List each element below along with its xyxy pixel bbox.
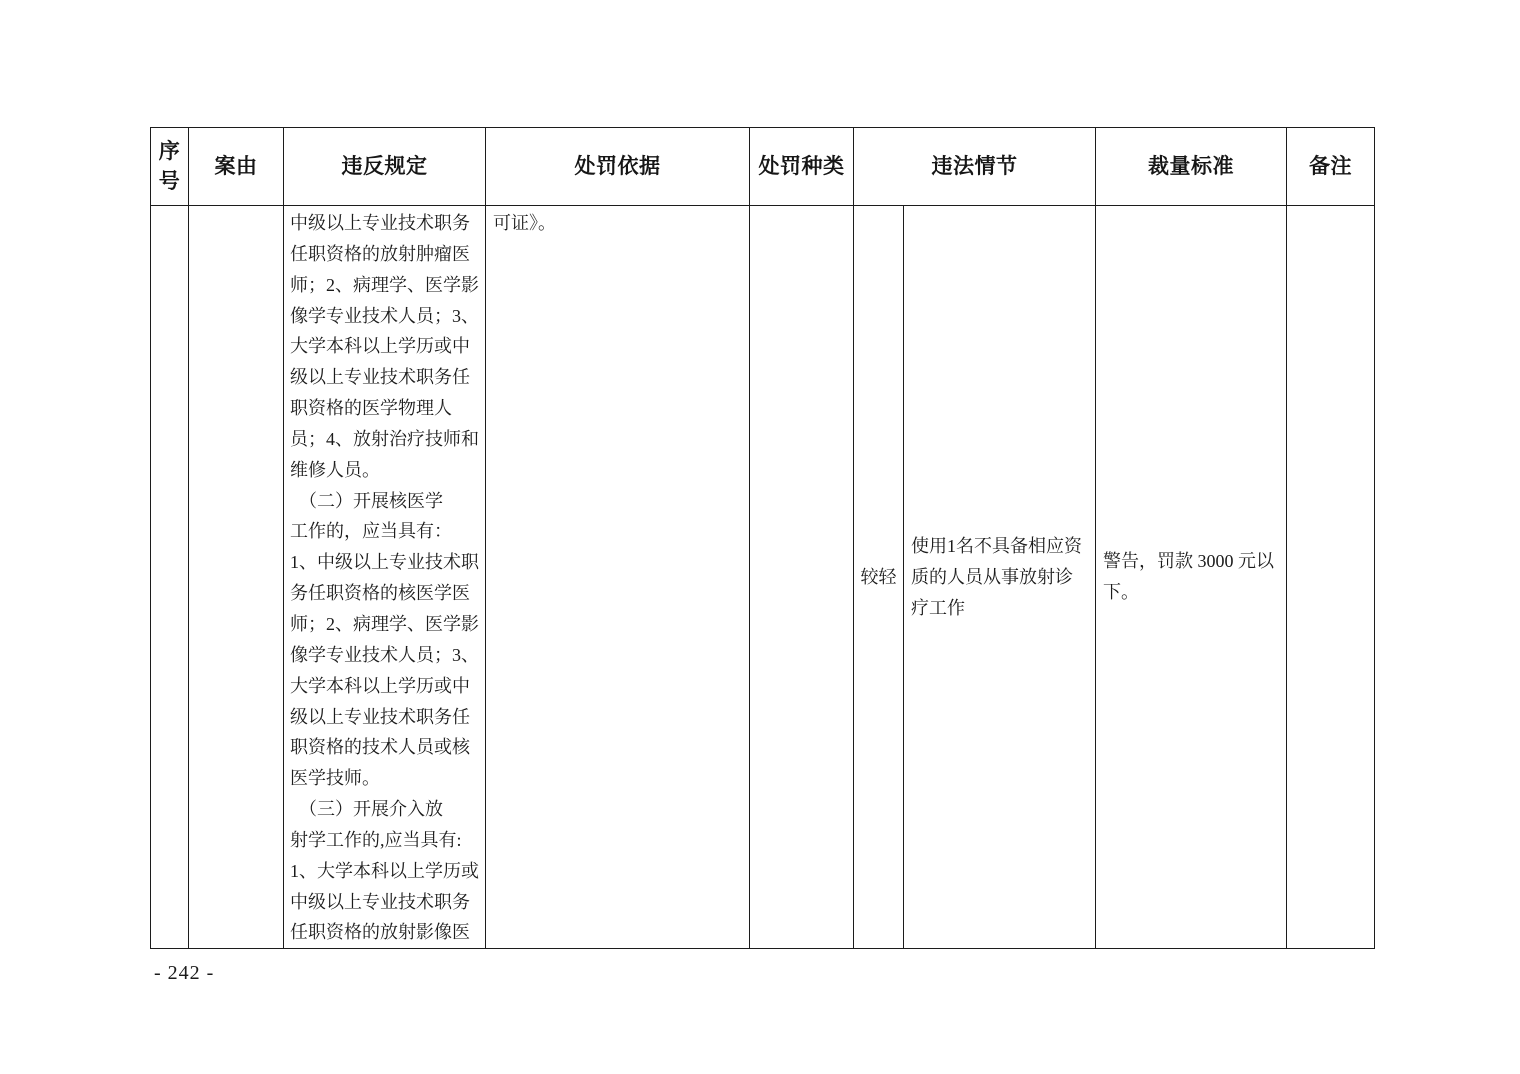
cell-discretion-standard: 警告，罚款 3000 元以 下。 bbox=[1096, 206, 1287, 949]
cell-cause bbox=[189, 206, 284, 949]
cell-violated-regulation: 中级以上专业技术职务 任职资格的放射肿瘤医 师；2、病理学、医学影 像学专业技术… bbox=[284, 206, 486, 949]
page-number: - 242 - bbox=[154, 962, 214, 985]
header-serial-number: 序 号 bbox=[151, 128, 189, 206]
penalty-discretion-table: 序 号 案由 违反规定 处罚依据 处罚种类 违法情节 裁量标准 备注 中级以上专… bbox=[150, 127, 1375, 949]
header-violated-regulation: 违反规定 bbox=[284, 128, 486, 206]
cell-penalty-basis: 可证》。 bbox=[486, 206, 750, 949]
header-remark: 备注 bbox=[1287, 128, 1375, 206]
table-row: 中级以上专业技术职务 任职资格的放射肿瘤医 师；2、病理学、医学影 像学专业技术… bbox=[151, 206, 1375, 949]
header-discretion-standard: 裁量标准 bbox=[1096, 128, 1287, 206]
cell-illegal-circumstance: 使用1名不具备相应资 质的人员从事放射诊 疗工作 bbox=[904, 206, 1096, 949]
cell-serial-number bbox=[151, 206, 189, 949]
cell-remark bbox=[1287, 206, 1375, 949]
cell-penalty-type bbox=[750, 206, 854, 949]
document-page: 序 号 案由 违反规定 处罚依据 处罚种类 违法情节 裁量标准 备注 中级以上专… bbox=[0, 0, 1520, 1074]
header-cause: 案由 bbox=[189, 128, 284, 206]
header-penalty-type: 处罚种类 bbox=[750, 128, 854, 206]
cell-severity-level: 较轻 bbox=[854, 206, 904, 949]
header-row: 序 号 案由 违反规定 处罚依据 处罚种类 违法情节 裁量标准 备注 bbox=[151, 128, 1375, 206]
header-penalty-basis: 处罚依据 bbox=[486, 128, 750, 206]
header-illegal-circumstance: 违法情节 bbox=[854, 128, 1096, 206]
